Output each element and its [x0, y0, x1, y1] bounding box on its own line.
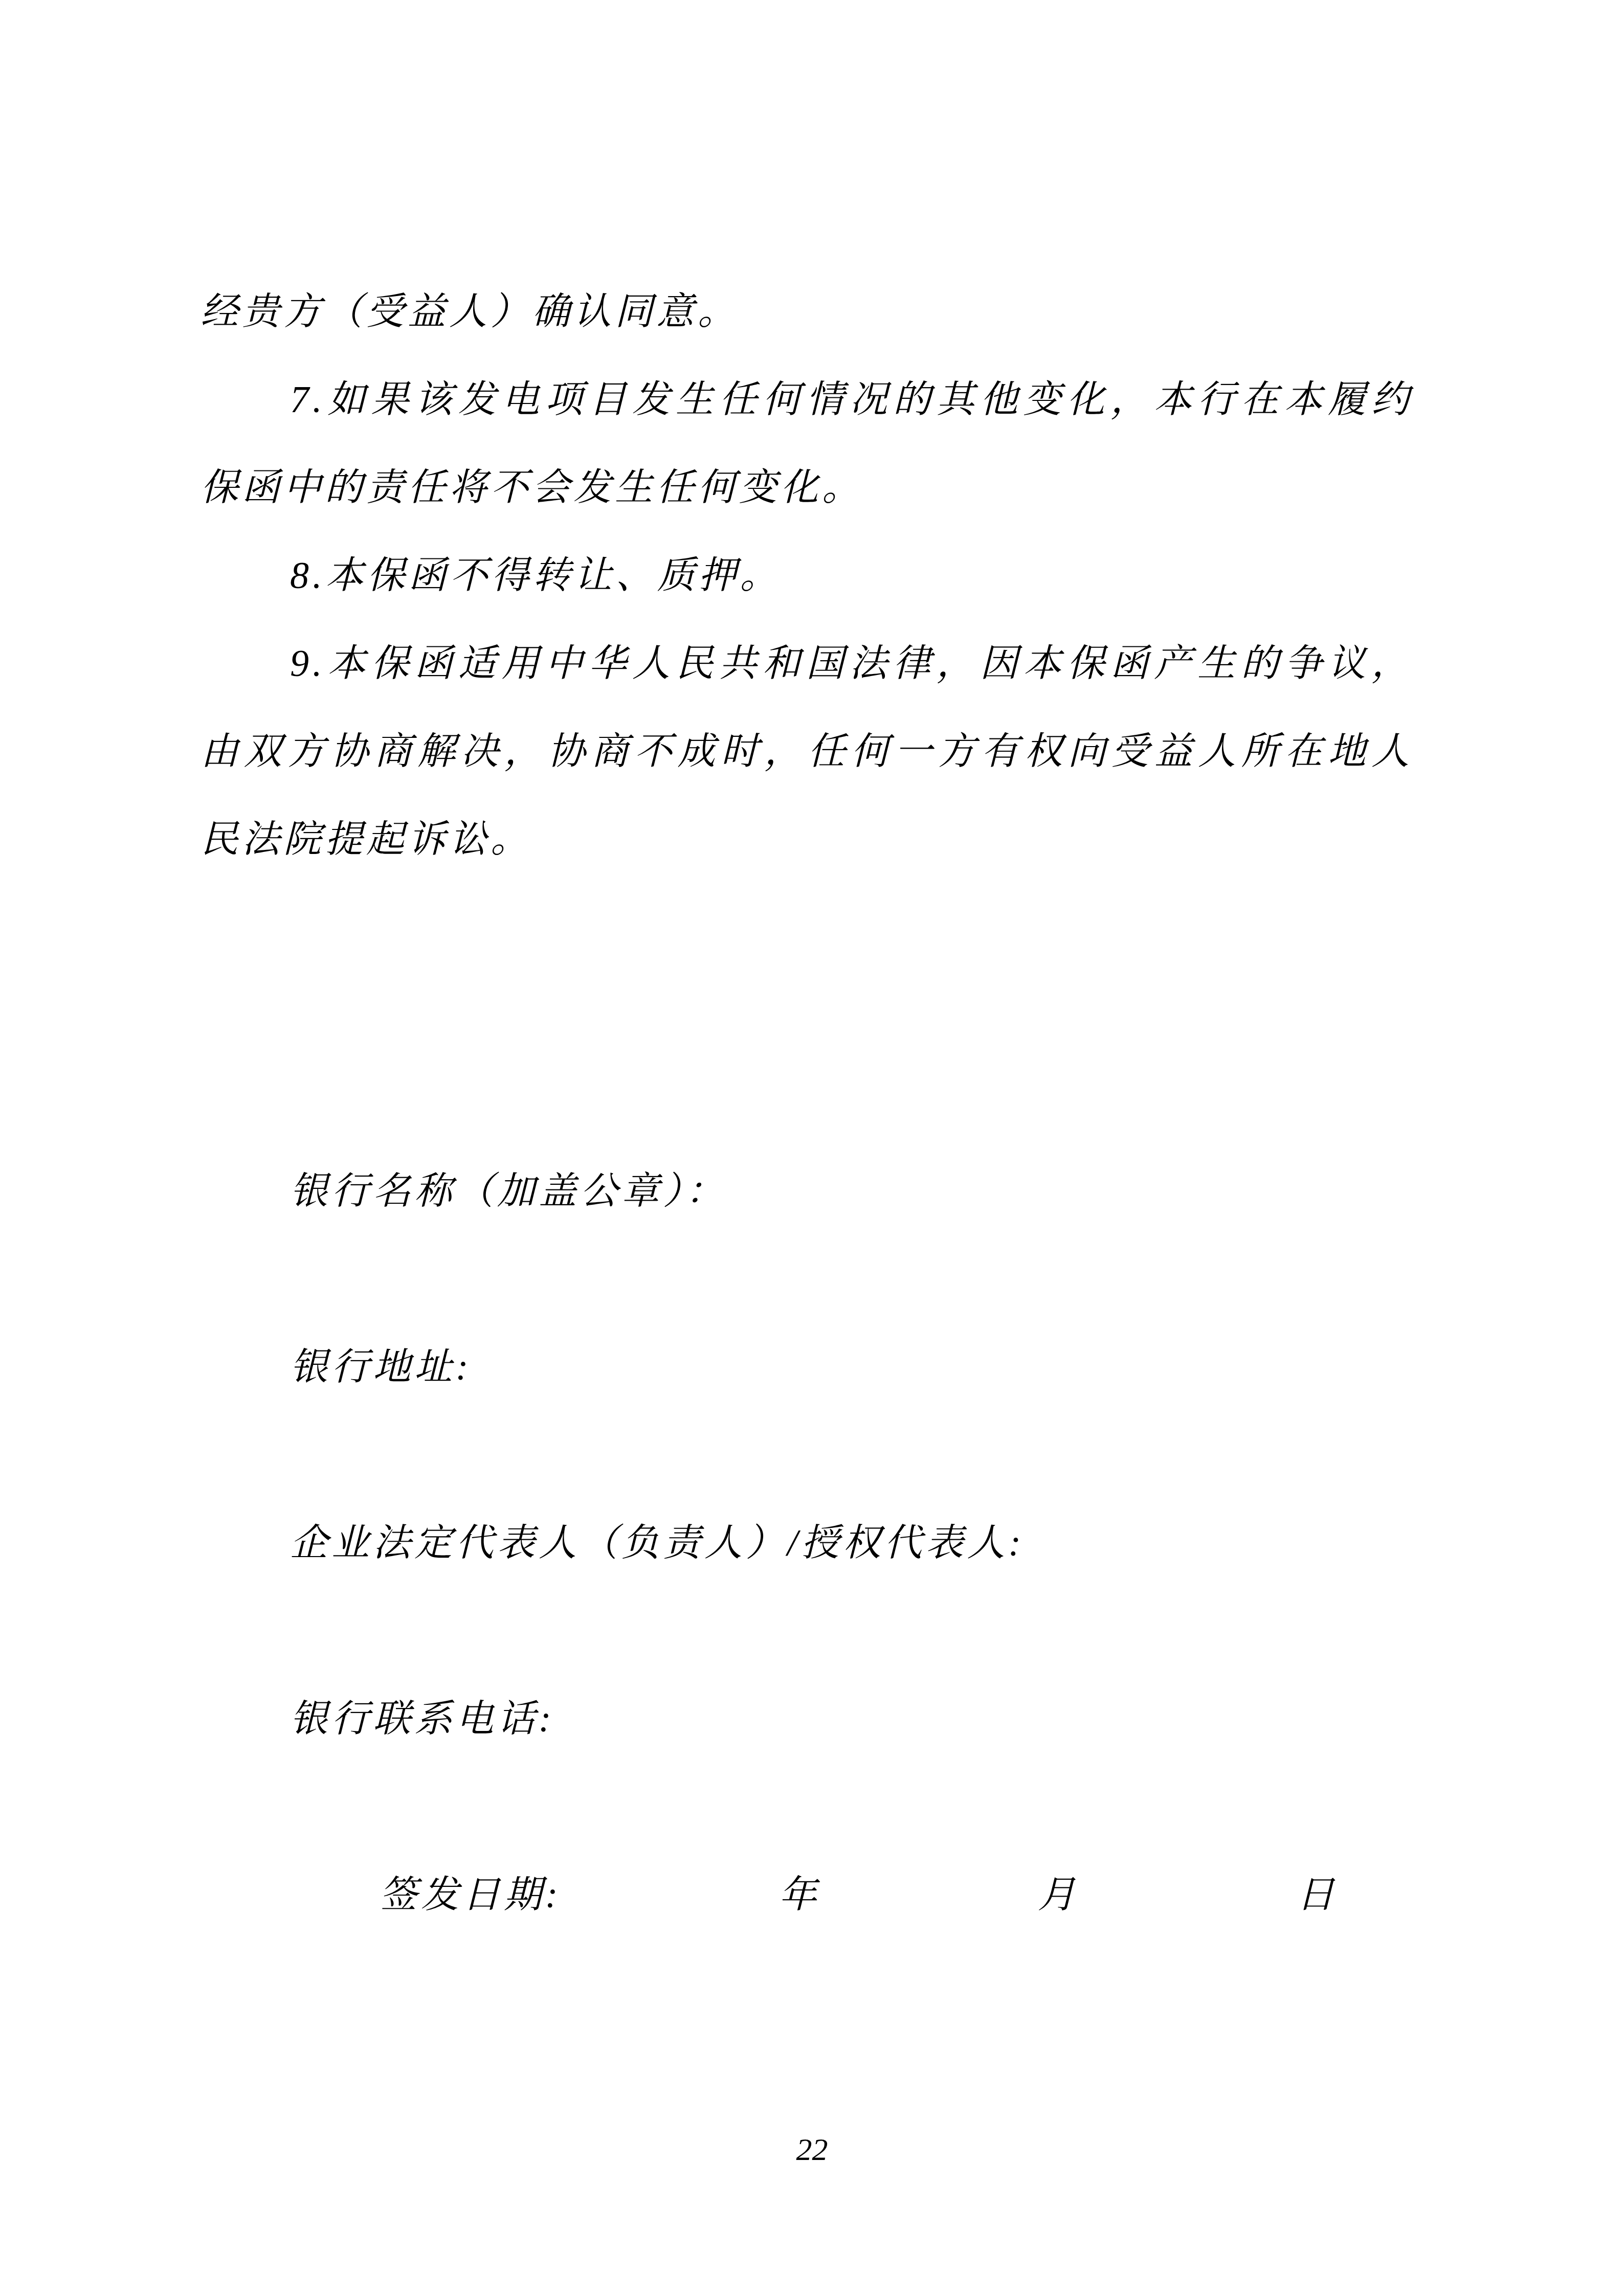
month-label: 月 — [948, 1851, 1079, 1939]
paragraph-continuation-line: 经贵方（受益人）确认同意。 — [201, 268, 1413, 356]
bank-phone-label: 银行联系电话: — [201, 1675, 1413, 1763]
clause-9-line-3: 民法院提起诉讼。 — [201, 796, 1413, 884]
clause-9-line-2: 由双方协商解决，协商不成时，任何一方有权向受益人所在地人 — [201, 708, 1413, 796]
clause-9-line-1: 9.本保函适用中华人民共和国法律，因本保函产生的争议， — [201, 620, 1413, 708]
bank-name-label: 银行名称（加盖公章）： — [201, 1147, 1413, 1235]
year-label: 年 — [689, 1851, 820, 1939]
bank-address-label: 银行地址: — [201, 1323, 1413, 1411]
clause-8-line: 8.本保函不得转让、质押。 — [201, 532, 1413, 620]
document-body: 经贵方（受益人）确认同意。 7.如果该发电项目发生任何情况的其他变化，本行在本履… — [201, 268, 1413, 1939]
clause-7-line-2: 保函中的责任将不会发生任何变化。 — [201, 444, 1413, 532]
issue-date-line: 签发日期:年月日 — [201, 1851, 1413, 1939]
day-label: 日 — [1207, 1851, 1338, 1939]
issue-date-label: 签发日期: — [290, 1851, 562, 1939]
legal-representative-label: 企业法定代表人（负责人）/授权代表人: — [201, 1499, 1413, 1587]
document-page: 经贵方（受益人）确认同意。 7.如果该发电项目发生任何情况的其他变化，本行在本履… — [0, 0, 1624, 2296]
page-number: 22 — [0, 2131, 1624, 2168]
clause-7-line-1: 7.如果该发电项目发生任何情况的其他变化，本行在本履约 — [201, 356, 1413, 444]
